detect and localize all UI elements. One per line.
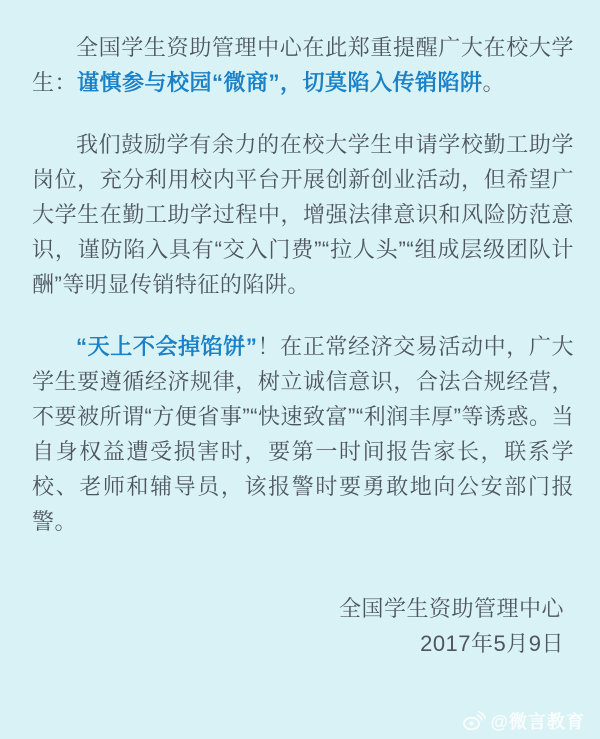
body-text: 。 xyxy=(483,70,506,95)
highlighted-text: 谨慎参与校园“微商”，切莫陷入传销陷阱 xyxy=(77,70,483,95)
weibo-icon xyxy=(462,709,486,733)
watermark-text: @微言教育 xyxy=(490,708,585,734)
signature-date: 2017年5月9日 xyxy=(0,626,564,661)
body-text: 我们鼓励学有余力的在校大学生申请学校勤工助学岗位，充分利用校内平台开展创新创业活… xyxy=(32,132,574,297)
highlighted-text: “天上不会掉馅饼” xyxy=(76,334,257,359)
watermark: @微言教育 xyxy=(462,708,585,734)
signature-block: 全国学生资助管理中心 2017年5月9日 xyxy=(0,591,600,661)
paragraph: 我们鼓励学有余力的在校大学生申请学校勤工助学岗位，充分利用校内平台开展创新创业活… xyxy=(32,127,574,302)
paragraph: 全国学生资助管理中心在此郑重提醒广大在校大学生：谨慎参与校园“微商”，切莫陷入传… xyxy=(32,30,574,100)
notice-body: 全国学生资助管理中心在此郑重提醒广大在校大学生：谨慎参与校园“微商”，切莫陷入传… xyxy=(0,0,600,539)
body-text: ！在正常经济交易活动中，广大学生要遵循经济规律，树立诚信意识，合法合规经营，不要… xyxy=(32,334,574,534)
paragraph: “天上不会掉馅饼”！在正常经济交易活动中，广大学生要遵循经济规律，树立诚信意识，… xyxy=(32,329,574,539)
signature-organization: 全国学生资助管理中心 xyxy=(0,591,564,626)
